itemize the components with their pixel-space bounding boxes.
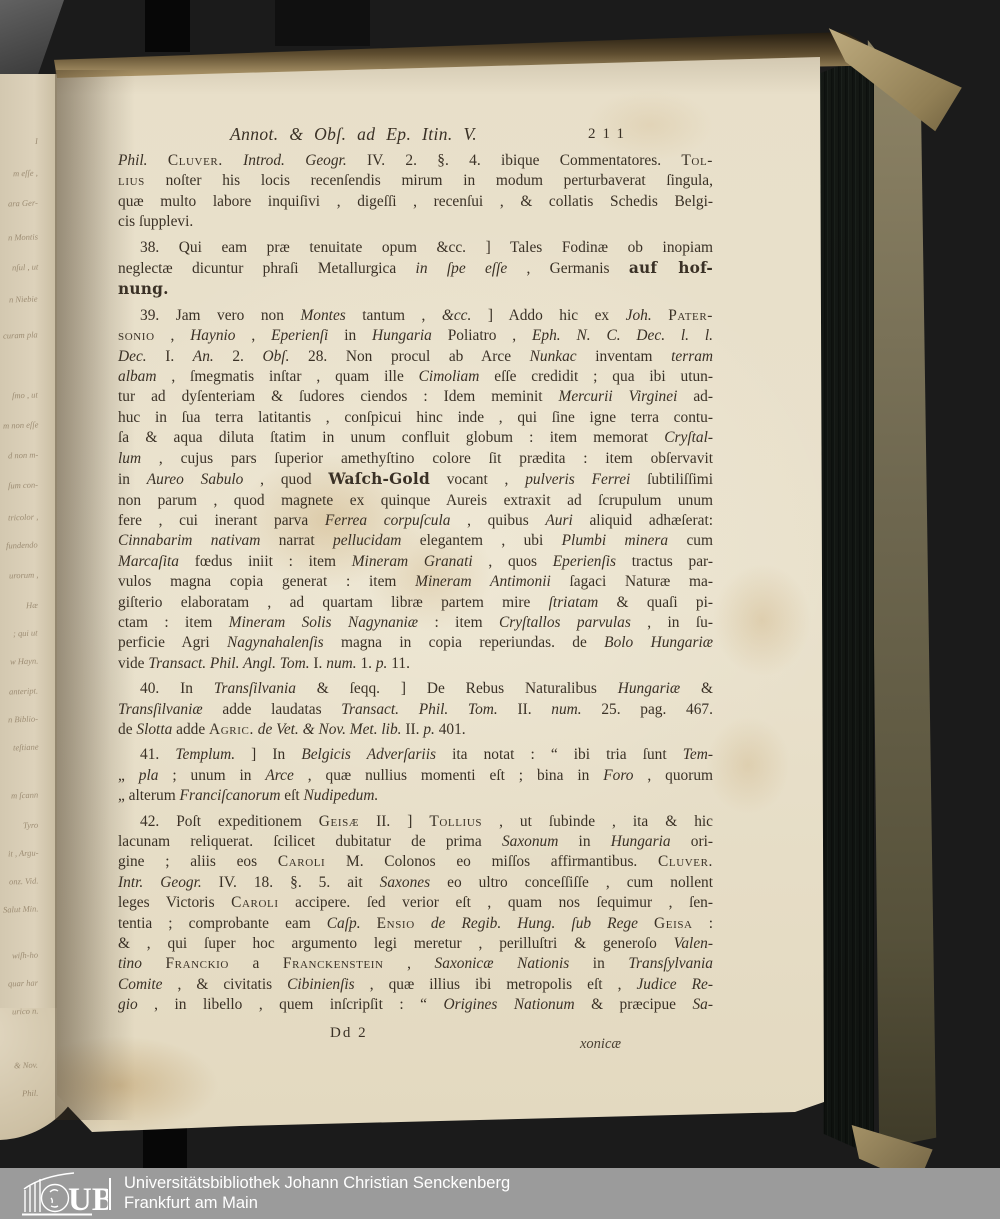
paragraph: Phil. Cluver. Introd. Geogr. IV. 2. §. 4… bbox=[118, 151, 713, 233]
text-segment: ad- bbox=[677, 388, 713, 405]
text-segment: , bbox=[236, 327, 272, 344]
text-segment: : bbox=[693, 915, 713, 932]
text-segment: ; unum in bbox=[158, 767, 265, 784]
text-line: „ pla ; unum in Arce , quæ nullius momen… bbox=[118, 766, 713, 786]
text-segment: magna in copia reperiundas. de bbox=[324, 634, 605, 651]
text-segment: , quos bbox=[473, 553, 553, 570]
text-segment: ſa & aqua diluta ſtatim in unum confluit… bbox=[118, 429, 664, 446]
text-segment: , quorum bbox=[633, 767, 713, 784]
logo-ub-text: UB bbox=[68, 1182, 108, 1216]
text-segment: Hungariæ bbox=[618, 680, 680, 697]
text-segment: in bbox=[558, 833, 610, 850]
text-segment: in bbox=[328, 327, 372, 344]
text-segment: Arce bbox=[265, 767, 293, 784]
text-line: nung. bbox=[118, 279, 713, 300]
text-segment bbox=[638, 915, 654, 932]
text-segment: Cluver. bbox=[658, 853, 713, 870]
text-segment: Obſ. bbox=[262, 348, 289, 365]
text-segment: 28. Non procul ab Arce bbox=[289, 348, 529, 365]
text-segment: Eph. N. C. Dec. l. l. bbox=[532, 327, 713, 344]
text-segment bbox=[223, 152, 243, 169]
text-line: neglectæ dicuntur phraſi Metallurgica in… bbox=[118, 258, 713, 279]
text-segment: Hungaria bbox=[611, 833, 671, 850]
text-line: tentia ; comprobante eam Caſp. Ensio de … bbox=[118, 914, 713, 934]
text-segment: ] In bbox=[235, 746, 301, 763]
text-segment: vulos magna copia generat : item bbox=[118, 573, 415, 590]
signature-mark: Dd 2 bbox=[330, 1023, 368, 1043]
text-segment: , quæ nullius momenti eſt ; bina in bbox=[294, 767, 603, 784]
text-segment: nung. bbox=[118, 280, 169, 298]
text-segment: lum bbox=[118, 450, 141, 467]
text-line: ctam : item Mineram Solis Nagynaniæ : it… bbox=[118, 613, 713, 633]
text-line: Intr. Geogr. IV. 18. §. 5. ait Saxones e… bbox=[118, 873, 713, 893]
text-segment: elegantem , ubi bbox=[401, 532, 561, 549]
text-segment: , bbox=[384, 955, 435, 972]
text-segment: ſagaci Naturæ ma- bbox=[551, 573, 713, 590]
text-segment: lacunam reliquerat. ſcilicet dubitatur d… bbox=[118, 833, 502, 850]
text-segment: Nudipedum. bbox=[304, 787, 379, 804]
text-segment: Cryſtallos parvulas bbox=[499, 614, 631, 631]
paragraph: 40. In Transſilvania & ſeqq. ] De Rebus … bbox=[118, 679, 713, 740]
text-segment: Eperienſis bbox=[553, 553, 616, 570]
text-segment: num. bbox=[551, 701, 581, 718]
text-segment: perficie Agri bbox=[118, 634, 227, 651]
text-segment: , in ſu- bbox=[631, 614, 713, 631]
text-segment: ctam : item bbox=[118, 614, 229, 631]
text-segment: , & civitatis bbox=[162, 976, 287, 993]
text-line: 38. Qui eam præ tenuitate opum &cc. ] Ta… bbox=[118, 238, 713, 258]
text-segment: sonio bbox=[118, 327, 155, 344]
text-segment: , quæ illius ibi metropolis eſt , bbox=[355, 976, 637, 993]
library-name: Universitätsbibliothek Johann Christian … bbox=[124, 1173, 510, 1193]
text-segment: Franckio bbox=[166, 955, 229, 972]
text-segment: neglectæ dicuntur phraſi Metallurgica bbox=[118, 260, 416, 277]
text-segment: Comite bbox=[118, 976, 162, 993]
text-block: Phil. Cluver. Introd. Geogr. IV. 2. §. 4… bbox=[118, 151, 713, 1055]
text-segment: fœdus iniit : item bbox=[179, 553, 352, 570]
text-segment: , ut ſubinde , ita & hic bbox=[482, 813, 713, 830]
text-segment: ſubtiliſſimi bbox=[630, 471, 713, 488]
text-line: Comite , & civitatis Cibinienſis , quæ i… bbox=[118, 975, 713, 995]
text-segment: 401. bbox=[435, 721, 466, 738]
text-segment: Belgicis Adverſariis bbox=[301, 746, 436, 763]
text-segment: IV. 2. §. 4. ibique Commentatores. bbox=[347, 152, 682, 169]
text-segment: Poliatro , bbox=[432, 327, 532, 344]
text-segment: Phil. bbox=[118, 152, 148, 169]
text-segment: p. bbox=[376, 655, 388, 672]
banner-separator bbox=[109, 1178, 111, 1210]
text-segment: Cibinienſis bbox=[287, 976, 355, 993]
text-segment: vocant , bbox=[430, 471, 525, 488]
text-segment: & , qui ſuper hoc argumento legi meretur… bbox=[118, 935, 674, 952]
text-line: gine ; aliis eos Caroli M. Colonos eo mi… bbox=[118, 852, 713, 872]
text-segment: quæ multo labore inquiſivi , digeſſi , r… bbox=[118, 193, 713, 210]
text-segment: a bbox=[229, 955, 283, 972]
text-segment: ſtriatam bbox=[549, 594, 599, 611]
text-segment: Dec. bbox=[118, 348, 147, 365]
text-segment: Geisa bbox=[654, 915, 693, 932]
text-segment: Cinnabarim nativam bbox=[118, 532, 260, 549]
text-line: de Slotta adde Agric. de Vet. & Nov. Met… bbox=[118, 720, 713, 740]
text-segment: 41. bbox=[140, 746, 175, 763]
text-segment: Cimoliam bbox=[419, 368, 480, 385]
text-segment: Auri bbox=[545, 512, 572, 529]
text-segment: Tol- bbox=[681, 152, 713, 169]
text-segment: terram bbox=[671, 348, 713, 365]
text-line: albam , ſmegmatis inſtar , quam ille Cim… bbox=[118, 367, 713, 387]
text-segment: Ferrea corpuſcula bbox=[325, 512, 451, 529]
text-segment: auf hof- bbox=[629, 259, 713, 277]
text-segment: Cluver. bbox=[168, 152, 223, 169]
text-segment: giſterio elaboratam , ad quartam libræ p… bbox=[118, 594, 549, 611]
text-segment: Saxonicæ Nationis bbox=[435, 955, 570, 972]
text-segment: eſt bbox=[280, 787, 303, 804]
text-line: Phil. Cluver. Introd. Geogr. IV. 2. §. 4… bbox=[118, 151, 713, 171]
text-segment: , quod bbox=[243, 471, 328, 488]
text-segment: tentia ; comprobante eam bbox=[118, 915, 327, 932]
text-segment: , Germanis bbox=[507, 260, 629, 277]
text-line: lacunam reliquerat. ſcilicet dubitatur d… bbox=[118, 832, 713, 852]
text-segment: tino bbox=[118, 955, 142, 972]
text-segment: 40. In bbox=[140, 680, 214, 697]
text-segment: ita notat : “ ibi tria ſunt bbox=[436, 746, 683, 763]
text-segment: Montes bbox=[300, 307, 345, 324]
text-segment: I. bbox=[310, 655, 327, 672]
text-segment: ori- bbox=[671, 833, 713, 850]
text-segment: Franciſcanorum bbox=[180, 787, 281, 804]
text-line: ſa & aqua diluta ſtatim in unum confluit… bbox=[118, 428, 713, 448]
text-line: vulos magna copia generat : item Mineram… bbox=[118, 572, 713, 592]
text-segment: eo ultro conceſſiſſe , cum nollent bbox=[430, 874, 713, 891]
text-segment: Waſch-Gold bbox=[328, 470, 430, 488]
text-segment: : item bbox=[418, 614, 499, 631]
text-segment: Caſp. bbox=[327, 915, 361, 932]
text-segment: Eperienſi bbox=[271, 327, 328, 344]
text-segment: in bbox=[569, 955, 628, 972]
text-segment: cis ſupplevi. bbox=[118, 213, 193, 230]
text-segment: gine ; aliis eos bbox=[118, 853, 278, 870]
text-segment: Ensio bbox=[377, 915, 415, 932]
paragraph: 39. Jam vero non Montes tantum , &cc. ] … bbox=[118, 306, 713, 674]
text-line: Dec. I. An. 2. Obſ. 28. Non procul ab Ar… bbox=[118, 347, 713, 367]
text-segment: adde bbox=[172, 721, 209, 738]
text-segment: , cujus pars ſuperior amethyſtino colore… bbox=[141, 450, 713, 467]
text-segment: Haynio bbox=[190, 327, 235, 344]
text-segment: Valen- bbox=[674, 935, 713, 952]
text-line: Cinnabarim nativam narrat pellucidam ele… bbox=[118, 531, 713, 551]
text-line: „ alterum Franciſcanorum eſt Nudipedum. bbox=[118, 786, 713, 806]
text-segment: Mineram Antimonii bbox=[415, 573, 551, 590]
signature-line: Dd 2xonicæ bbox=[118, 1021, 713, 1055]
text-segment: aliquid adhæſerat: bbox=[573, 512, 713, 529]
text-segment: Joh. bbox=[626, 307, 652, 324]
footer-banner: UB Universitätsbibliothek Johann Christi… bbox=[0, 1168, 1000, 1219]
text-segment: II. bbox=[498, 701, 552, 718]
text-segment: Nagynahalenſis bbox=[227, 634, 324, 651]
text-segment: noſter his locis recenſendis mirum in mo… bbox=[145, 172, 713, 189]
text-line: huc in ſua terra latitantis , conſpicui … bbox=[118, 408, 713, 428]
text-segment bbox=[361, 915, 377, 932]
text-segment: Tem- bbox=[683, 746, 713, 763]
text-segment: Tollius bbox=[429, 813, 482, 830]
text-segment: Bolo Hungariæ bbox=[604, 634, 713, 651]
text-segment: Hungaria bbox=[372, 327, 432, 344]
text-segment: M. Colonos eo miſſos affirmantibus. bbox=[325, 853, 658, 870]
text-segment: non parum , quod magnete ex quinque Aure… bbox=[118, 492, 713, 509]
page-header: Annot. & Obſ. ad Ep. Itin. V. 211 bbox=[118, 124, 712, 148]
text-segment: Saxones bbox=[380, 874, 430, 891]
text-segment: II. bbox=[402, 721, 424, 738]
text-line: sonio , Haynio , Eperienſi in Hungaria P… bbox=[118, 326, 713, 346]
text-segment: Transact. Phil. Angl. Tom. bbox=[148, 655, 309, 672]
text-segment: 1. bbox=[357, 655, 376, 672]
text-segment: , in libello , quem inſcripſit : “ bbox=[138, 996, 444, 1013]
text-segment: vide bbox=[118, 655, 148, 672]
library-logo-icon: UB bbox=[22, 1170, 108, 1216]
text-segment bbox=[148, 152, 168, 169]
text-segment: Transſilvania bbox=[214, 680, 296, 697]
text-line: tur ad dyſenteriam & ſudores ciendos : I… bbox=[118, 387, 713, 407]
catchword: xonicæ bbox=[580, 1034, 621, 1054]
text-segment: Franckenstein bbox=[283, 955, 384, 972]
paragraph: 42. Poſt expeditionem Geisæ II. ] Tolliu… bbox=[118, 812, 713, 1016]
text-segment: Judice Re- bbox=[636, 976, 713, 993]
text-line: gio , in libello , quem inſcripſit : “ O… bbox=[118, 995, 713, 1015]
text-segment: fere , cui inerant parva bbox=[118, 512, 325, 529]
text-line: lum , cujus pars ſuperior amethyſtino co… bbox=[118, 449, 713, 469]
text-segment: Intr. Geogr. bbox=[118, 874, 202, 891]
text-segment bbox=[415, 915, 431, 932]
text-segment: Caroli bbox=[231, 894, 278, 911]
text-line: tino Franckio a Franckenstein , Saxonicæ… bbox=[118, 954, 713, 974]
text-segment: Origines Nationum bbox=[443, 996, 574, 1013]
text-segment: lius bbox=[118, 172, 145, 189]
text-segment: „ bbox=[118, 767, 139, 784]
text-segment: de bbox=[118, 721, 136, 738]
text-segment: tractus par- bbox=[616, 553, 713, 570]
text-segment: cum bbox=[668, 532, 713, 549]
text-segment: Marcaſita bbox=[118, 553, 179, 570]
text-line: leges Victoris Caroli accipere. ſed veri… bbox=[118, 893, 713, 913]
text-segment: Mineram Granati bbox=[352, 553, 473, 570]
text-line: Transſilvaniæ adde laudatas Transact. Ph… bbox=[118, 700, 713, 720]
text-segment: Slotta bbox=[136, 721, 172, 738]
text-line: giſterio elaboratam , ad quartam libræ p… bbox=[118, 593, 713, 613]
text-segment: Introd. Geogr. bbox=[243, 152, 347, 169]
text-segment: pellucidam bbox=[333, 532, 401, 549]
library-name-block: Universitätsbibliothek Johann Christian … bbox=[124, 1173, 510, 1213]
text-line: non parum , quod magnete ex quinque Aure… bbox=[118, 491, 713, 511]
text-segment: eſſe credidit ; qua ibi utun- bbox=[479, 368, 713, 385]
text-segment: leges Victoris bbox=[118, 894, 231, 911]
text-segment: tur ad dyſenteriam & ſudores ciendos : I… bbox=[118, 388, 559, 405]
text-segment bbox=[142, 955, 166, 972]
text-segment: Mercurii Virginei bbox=[559, 388, 678, 405]
text-segment: de Regib. Hung. ſub Rege bbox=[431, 915, 638, 932]
library-city: Frankfurt am Main bbox=[124, 1193, 510, 1213]
text-segment: 38. Qui eam præ tenuitate opum &cc. ] Ta… bbox=[140, 239, 713, 256]
text-segment: tantum , bbox=[346, 307, 442, 324]
text-segment: Transact. Phil. Tom. bbox=[341, 701, 497, 718]
text-segment: , quibus bbox=[450, 512, 545, 529]
text-segment: An. bbox=[193, 348, 214, 365]
text-segment bbox=[652, 307, 669, 324]
text-segment: albam bbox=[118, 368, 156, 385]
text-segment: &cc. bbox=[442, 307, 471, 324]
text-segment: in ſpe eſſe bbox=[416, 260, 508, 277]
text-segment: Sa- bbox=[692, 996, 713, 1013]
text-segment: , ſmegmatis inſtar , quam ille bbox=[156, 368, 418, 385]
text-segment: & præcipue bbox=[575, 996, 693, 1013]
text-segment: 2. bbox=[214, 348, 263, 365]
text-segment: in bbox=[118, 471, 147, 488]
text-segment: Plumbi minera bbox=[562, 532, 668, 549]
text-segment: Saxonum bbox=[502, 833, 558, 850]
text-segment: gio bbox=[118, 996, 138, 1013]
text-segment: Templum. bbox=[175, 746, 235, 763]
text-segment: I. bbox=[147, 348, 193, 365]
text-line: 42. Poſt expeditionem Geisæ II. ] Tolliu… bbox=[118, 812, 713, 832]
text-segment: Agric. bbox=[209, 721, 254, 738]
text-segment: Transſilvaniæ bbox=[118, 701, 203, 718]
text-line: cis ſupplevi. bbox=[118, 212, 713, 232]
text-segment: Geisæ bbox=[319, 813, 359, 830]
text-segment: Transſylvania bbox=[628, 955, 713, 972]
text-segment: pulveris Ferrei bbox=[525, 471, 630, 488]
text-line: 40. In Transſilvania & ſeqq. ] De Rebus … bbox=[118, 679, 713, 699]
text-line: Marcaſita fœdus iniit : item Mineram Gra… bbox=[118, 552, 713, 572]
paragraph: 41. Templum. ] In Belgicis Adverſariis i… bbox=[118, 745, 713, 806]
text-segment: ] Addo hic ex bbox=[471, 307, 625, 324]
text-segment: accipere. ſed verior eſt , quam nos ſequ… bbox=[279, 894, 713, 911]
page-number: 211 bbox=[588, 126, 631, 143]
text-segment: pla bbox=[139, 767, 159, 784]
text-segment: , bbox=[155, 327, 191, 344]
text-segment: adde laudatas bbox=[203, 701, 342, 718]
text-line: 39. Jam vero non Montes tantum , &cc. ] … bbox=[118, 306, 713, 326]
text-line: vide Transact. Phil. Angl. Tom. I. num. … bbox=[118, 654, 713, 674]
text-segment: IV. 18. §. 5. ait bbox=[202, 874, 380, 891]
text-line: lius noſter his locis recenſendis mirum … bbox=[118, 171, 713, 191]
text-segment: 42. Poſt expeditionem bbox=[140, 813, 319, 830]
text-segment: „ alterum bbox=[118, 787, 180, 804]
text-segment: Nunkac bbox=[530, 348, 577, 365]
text-segment: Foro bbox=[603, 767, 633, 784]
running-title: Annot. & Obſ. ad Ep. Itin. V. bbox=[230, 124, 477, 145]
text-segment: inventam bbox=[577, 348, 671, 365]
text-segment: p. bbox=[423, 721, 435, 738]
book-scan-viewport: Im eſſe ,ara Ger-n Montisnſul , utn Nieb… bbox=[0, 0, 1000, 1219]
text-segment: Aureo Sabulo bbox=[147, 471, 244, 488]
text-line: perficie Agri Nagynahalenſis magna in co… bbox=[118, 633, 713, 653]
text-segment: 11. bbox=[387, 655, 410, 672]
text-segment: II. ] bbox=[359, 813, 429, 830]
text-segment: de Vet. & Nov. Met. lib. bbox=[258, 721, 402, 738]
text-segment: 39. Jam vero non bbox=[140, 307, 300, 324]
paragraph: 38. Qui eam præ tenuitate opum &cc. ] Ta… bbox=[118, 238, 713, 301]
text-line: in Aureo Sabulo , quod Waſch-Gold vocant… bbox=[118, 469, 713, 490]
text-segment: Cryſtal- bbox=[664, 429, 713, 446]
text-segment: num. bbox=[326, 655, 356, 672]
text-line: quæ multo labore inquiſivi , digeſſi , r… bbox=[118, 192, 713, 212]
text-segment: & quaſi pi- bbox=[598, 594, 713, 611]
text-line: fere , cui inerant parva Ferrea corpuſcu… bbox=[118, 511, 713, 531]
text-segment: narrat bbox=[260, 532, 333, 549]
text-segment: Caroli bbox=[278, 853, 325, 870]
text-segment: Pater- bbox=[668, 307, 713, 324]
text-segment: huc in ſua terra latitantis , conſpicui … bbox=[118, 409, 713, 426]
text-segment: & bbox=[680, 680, 713, 697]
text-segment: Mineram Solis Nagynaniæ bbox=[229, 614, 418, 631]
text-segment: & ſeqq. ] De Rebus Naturalibus bbox=[296, 680, 618, 697]
text-segment: 25. pag. 467. bbox=[582, 701, 713, 718]
printed-content: Annot. & Obſ. ad Ep. Itin. V. 211 Phil. … bbox=[0, 0, 1000, 1219]
text-line: 41. Templum. ] In Belgicis Adverſariis i… bbox=[118, 745, 713, 765]
text-line: & , qui ſuper hoc argumento legi meretur… bbox=[118, 934, 713, 954]
